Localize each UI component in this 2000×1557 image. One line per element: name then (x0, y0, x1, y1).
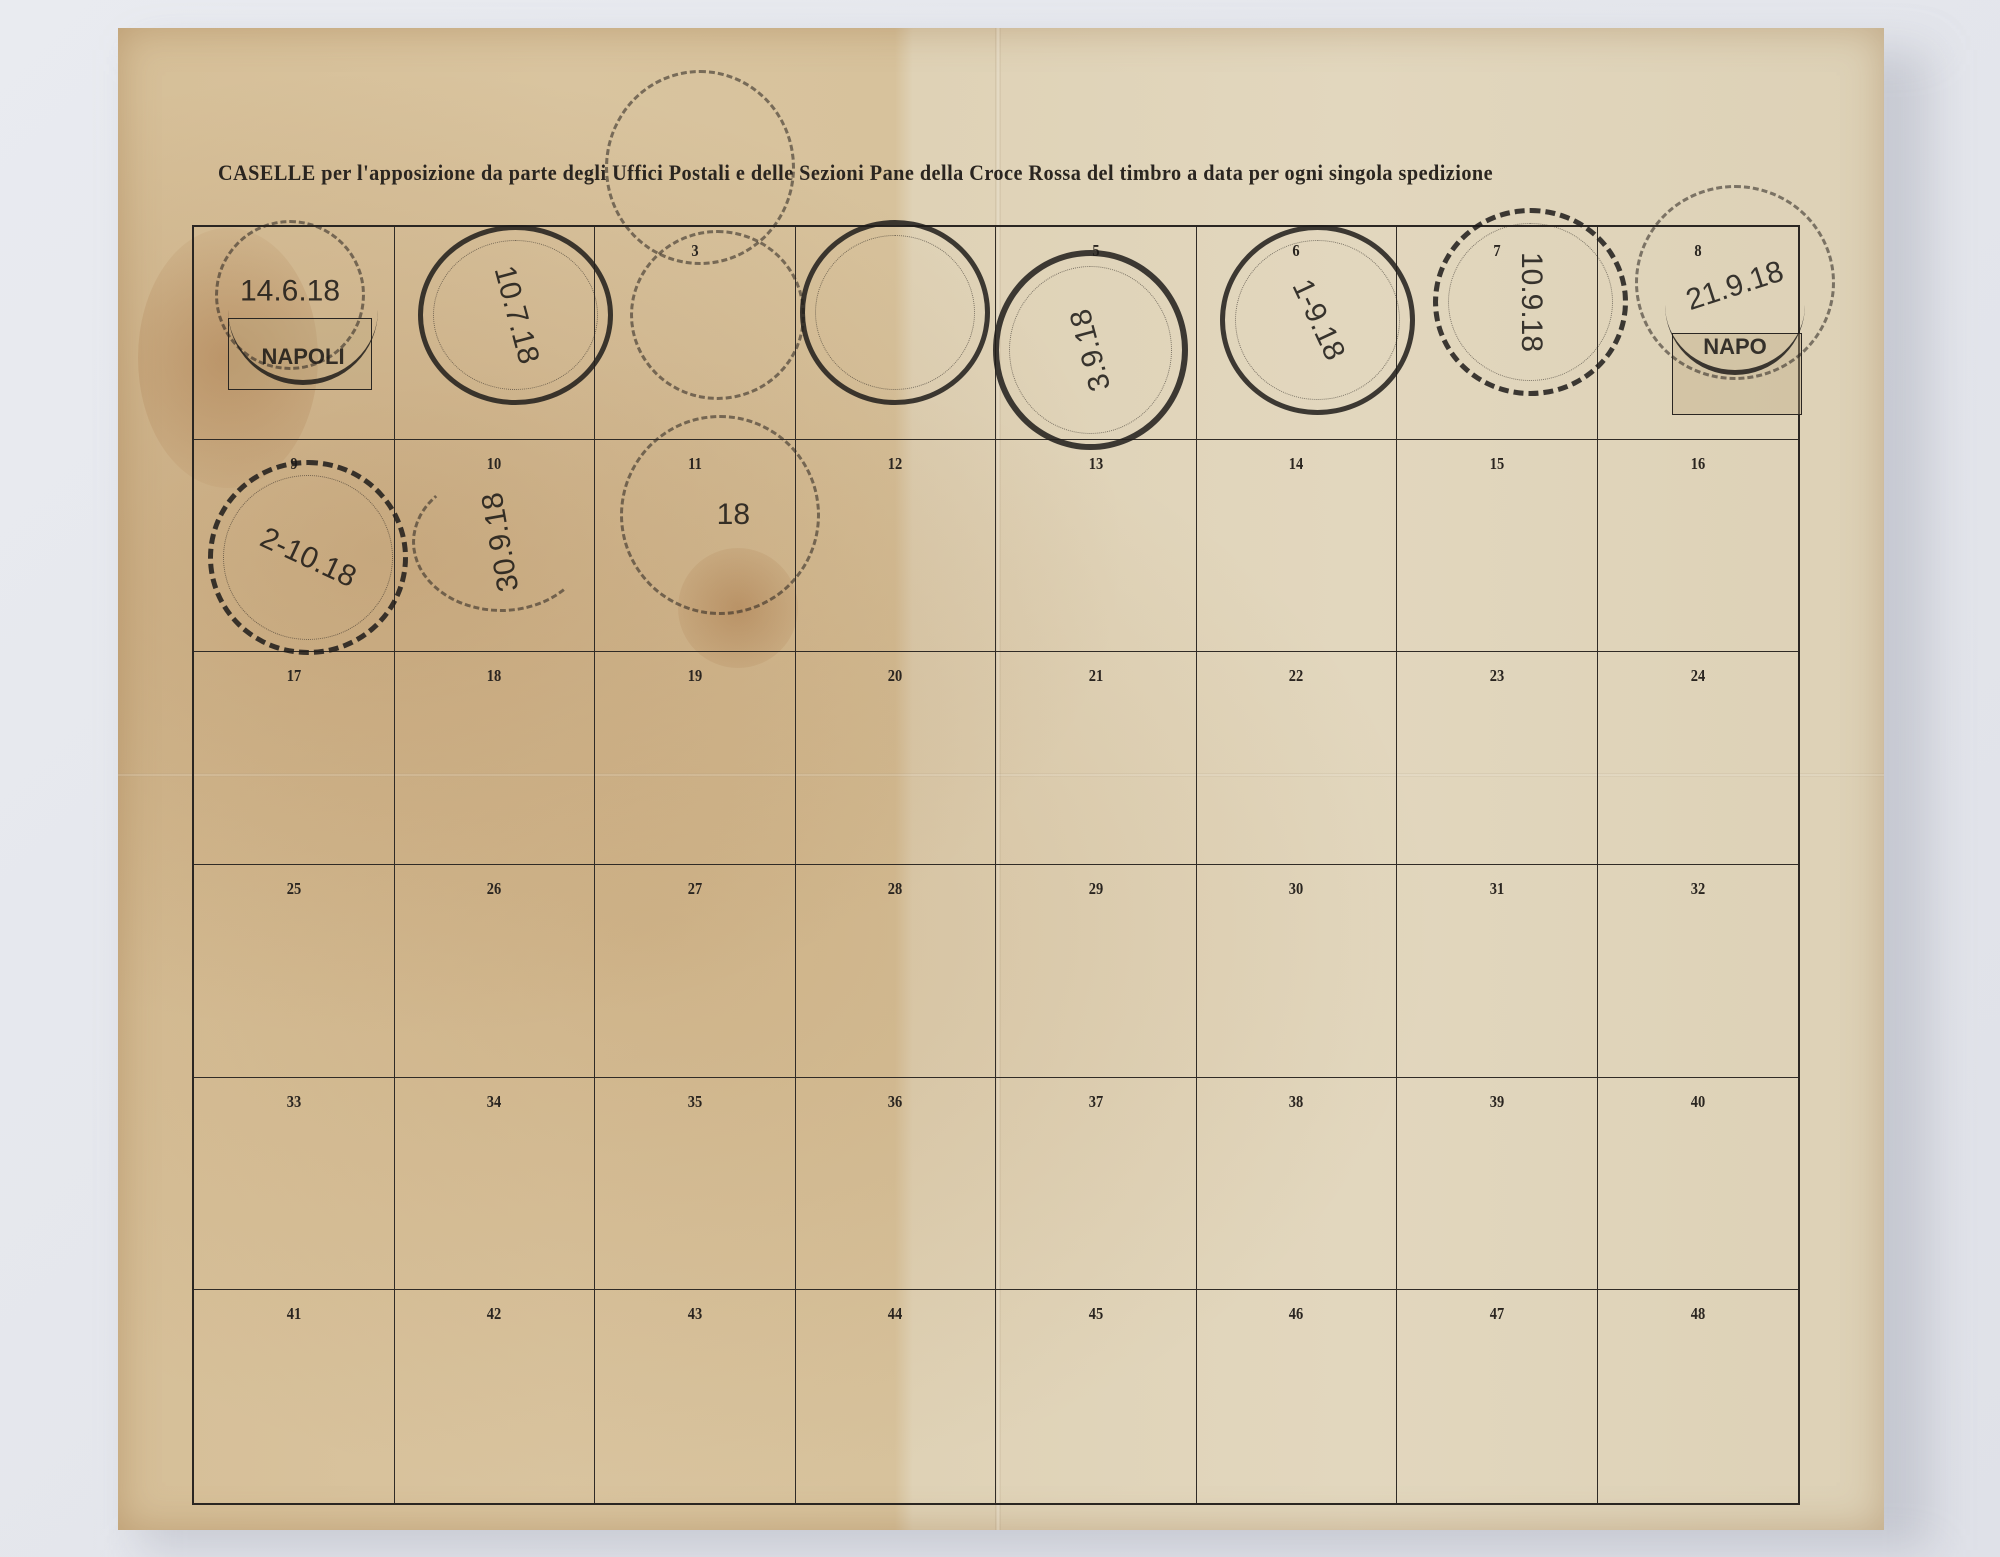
cell-number: 30 (1289, 879, 1303, 899)
document-header: CASELLE per l'apposizione da parte degli… (218, 160, 1653, 186)
grid-cell: 18 (395, 652, 596, 865)
grid-cell: 12 (796, 440, 997, 653)
grid-cell: 37 (996, 1078, 1197, 1291)
cell-number: 38 (1289, 1092, 1303, 1112)
cell-number: 45 (1089, 1304, 1103, 1324)
cell-number: 29 (1089, 879, 1103, 899)
grid-cell: 14 (1197, 440, 1398, 653)
grid-cell: 23 (1397, 652, 1598, 865)
stamp-place: NAPO (1703, 334, 1767, 360)
grid-cell: 42 (395, 1290, 596, 1503)
postmark-stamp: 18 (620, 415, 820, 615)
cell-number: 13 (1089, 454, 1103, 474)
cell-number: 48 (1691, 1304, 1705, 1324)
grid-cell: 32 (1598, 865, 1799, 1078)
cell-number: 19 (688, 666, 702, 686)
grid-cell: 46 (1197, 1290, 1398, 1503)
postmark-stamp: 10.9.18 (1433, 208, 1628, 396)
postmark-stamp: 10.7.18 (418, 225, 613, 405)
cell-number: 33 (287, 1092, 301, 1112)
grid-cell: 28 (796, 865, 997, 1078)
grid-cell: 25 (194, 865, 395, 1078)
grid-cell: 47 (1397, 1290, 1598, 1503)
cell-number: 20 (888, 666, 902, 686)
cell-number: 17 (287, 666, 301, 686)
cell-number: 25 (287, 879, 301, 899)
postmark-stamp (800, 220, 990, 405)
stamp-place: NAPOLI (261, 344, 344, 370)
postmark-stamp: 2-10.18 (208, 460, 408, 655)
cell-number: 35 (688, 1092, 702, 1112)
grid-cell: 48 (1598, 1290, 1799, 1503)
cell-number: 31 (1490, 879, 1504, 899)
cell-number: 26 (487, 879, 501, 899)
grid-cell: 33 (194, 1078, 395, 1291)
cell-number: 22 (1289, 666, 1303, 686)
grid-cell: 13 (996, 440, 1197, 653)
cell-number: 37 (1089, 1092, 1103, 1112)
grid-cell: 30 (1197, 865, 1398, 1078)
stamp-date: 18 (717, 498, 750, 532)
cell-number: 27 (688, 879, 702, 899)
cell-number: 43 (688, 1304, 702, 1324)
grid-cell: 29 (996, 865, 1197, 1078)
grid-cell: 36 (796, 1078, 997, 1291)
cell-number: 40 (1691, 1092, 1705, 1112)
cell-number: 23 (1490, 666, 1504, 686)
postmark-stamp: 30.9.18 (412, 472, 590, 612)
cell-number: 18 (487, 666, 501, 686)
stamp-date: 10.9.18 (1514, 252, 1548, 352)
cell-number: 21 (1089, 666, 1103, 686)
grid-cell: 31 (1397, 865, 1598, 1078)
cell-number: 24 (1691, 666, 1705, 686)
cell-number: 32 (1691, 879, 1705, 899)
postmark-stamp: 1-9.18 (1220, 225, 1415, 415)
cell-number: 44 (888, 1304, 902, 1324)
grid-cell: 27 (595, 865, 796, 1078)
grid-cell: 44 (796, 1290, 997, 1503)
grid-cell: 26 (395, 865, 596, 1078)
grid-cell: 35 (595, 1078, 796, 1291)
grid-cell: 34 (395, 1078, 596, 1291)
grid-cell: 16 (1598, 440, 1799, 653)
grid-cell: 22 (1197, 652, 1398, 865)
cell-number: 16 (1691, 454, 1705, 474)
grid-cell: 15 (1397, 440, 1598, 653)
stamp-date: 30.9.18 (476, 490, 527, 594)
grid-cell: 19 (595, 652, 796, 865)
grid-cell: 17 (194, 652, 395, 865)
grid-cell: 20 (796, 652, 997, 865)
cell-number: 10 (487, 454, 501, 474)
grid-cell: 24 (1598, 652, 1799, 865)
grid-cell: 40 (1598, 1078, 1799, 1291)
postmark-stamp: 3.9.18 (993, 250, 1188, 450)
cell-number: 15 (1490, 454, 1504, 474)
cell-number: 28 (888, 879, 902, 899)
stamp-inner-ring (815, 235, 975, 390)
grid-cell: 21 (996, 652, 1197, 865)
cell-number: 42 (487, 1304, 501, 1324)
cell-number: 34 (487, 1092, 501, 1112)
grid-cell: 45 (996, 1290, 1197, 1503)
cell-number: 12 (888, 454, 902, 474)
cell-number: 47 (1490, 1304, 1504, 1324)
grid-cell: 38 (1197, 1078, 1398, 1291)
grid-cell: 39 (1397, 1078, 1598, 1291)
stamp-date: 14.6.18 (240, 275, 340, 309)
cell-number: 39 (1490, 1092, 1504, 1112)
postmark-stamp (630, 230, 805, 400)
cell-number: 41 (287, 1304, 301, 1324)
cell-number: 46 (1289, 1304, 1303, 1324)
grid-cell: 41 (194, 1290, 395, 1503)
stamp-grid: 1 2 3 4 5 6 7 8 9 10 11 12 13 14 15 16 1… (192, 225, 1800, 1505)
grid-cell: 43 (595, 1290, 796, 1503)
cell-number: 14 (1289, 454, 1303, 474)
cell-number: 36 (888, 1092, 902, 1112)
